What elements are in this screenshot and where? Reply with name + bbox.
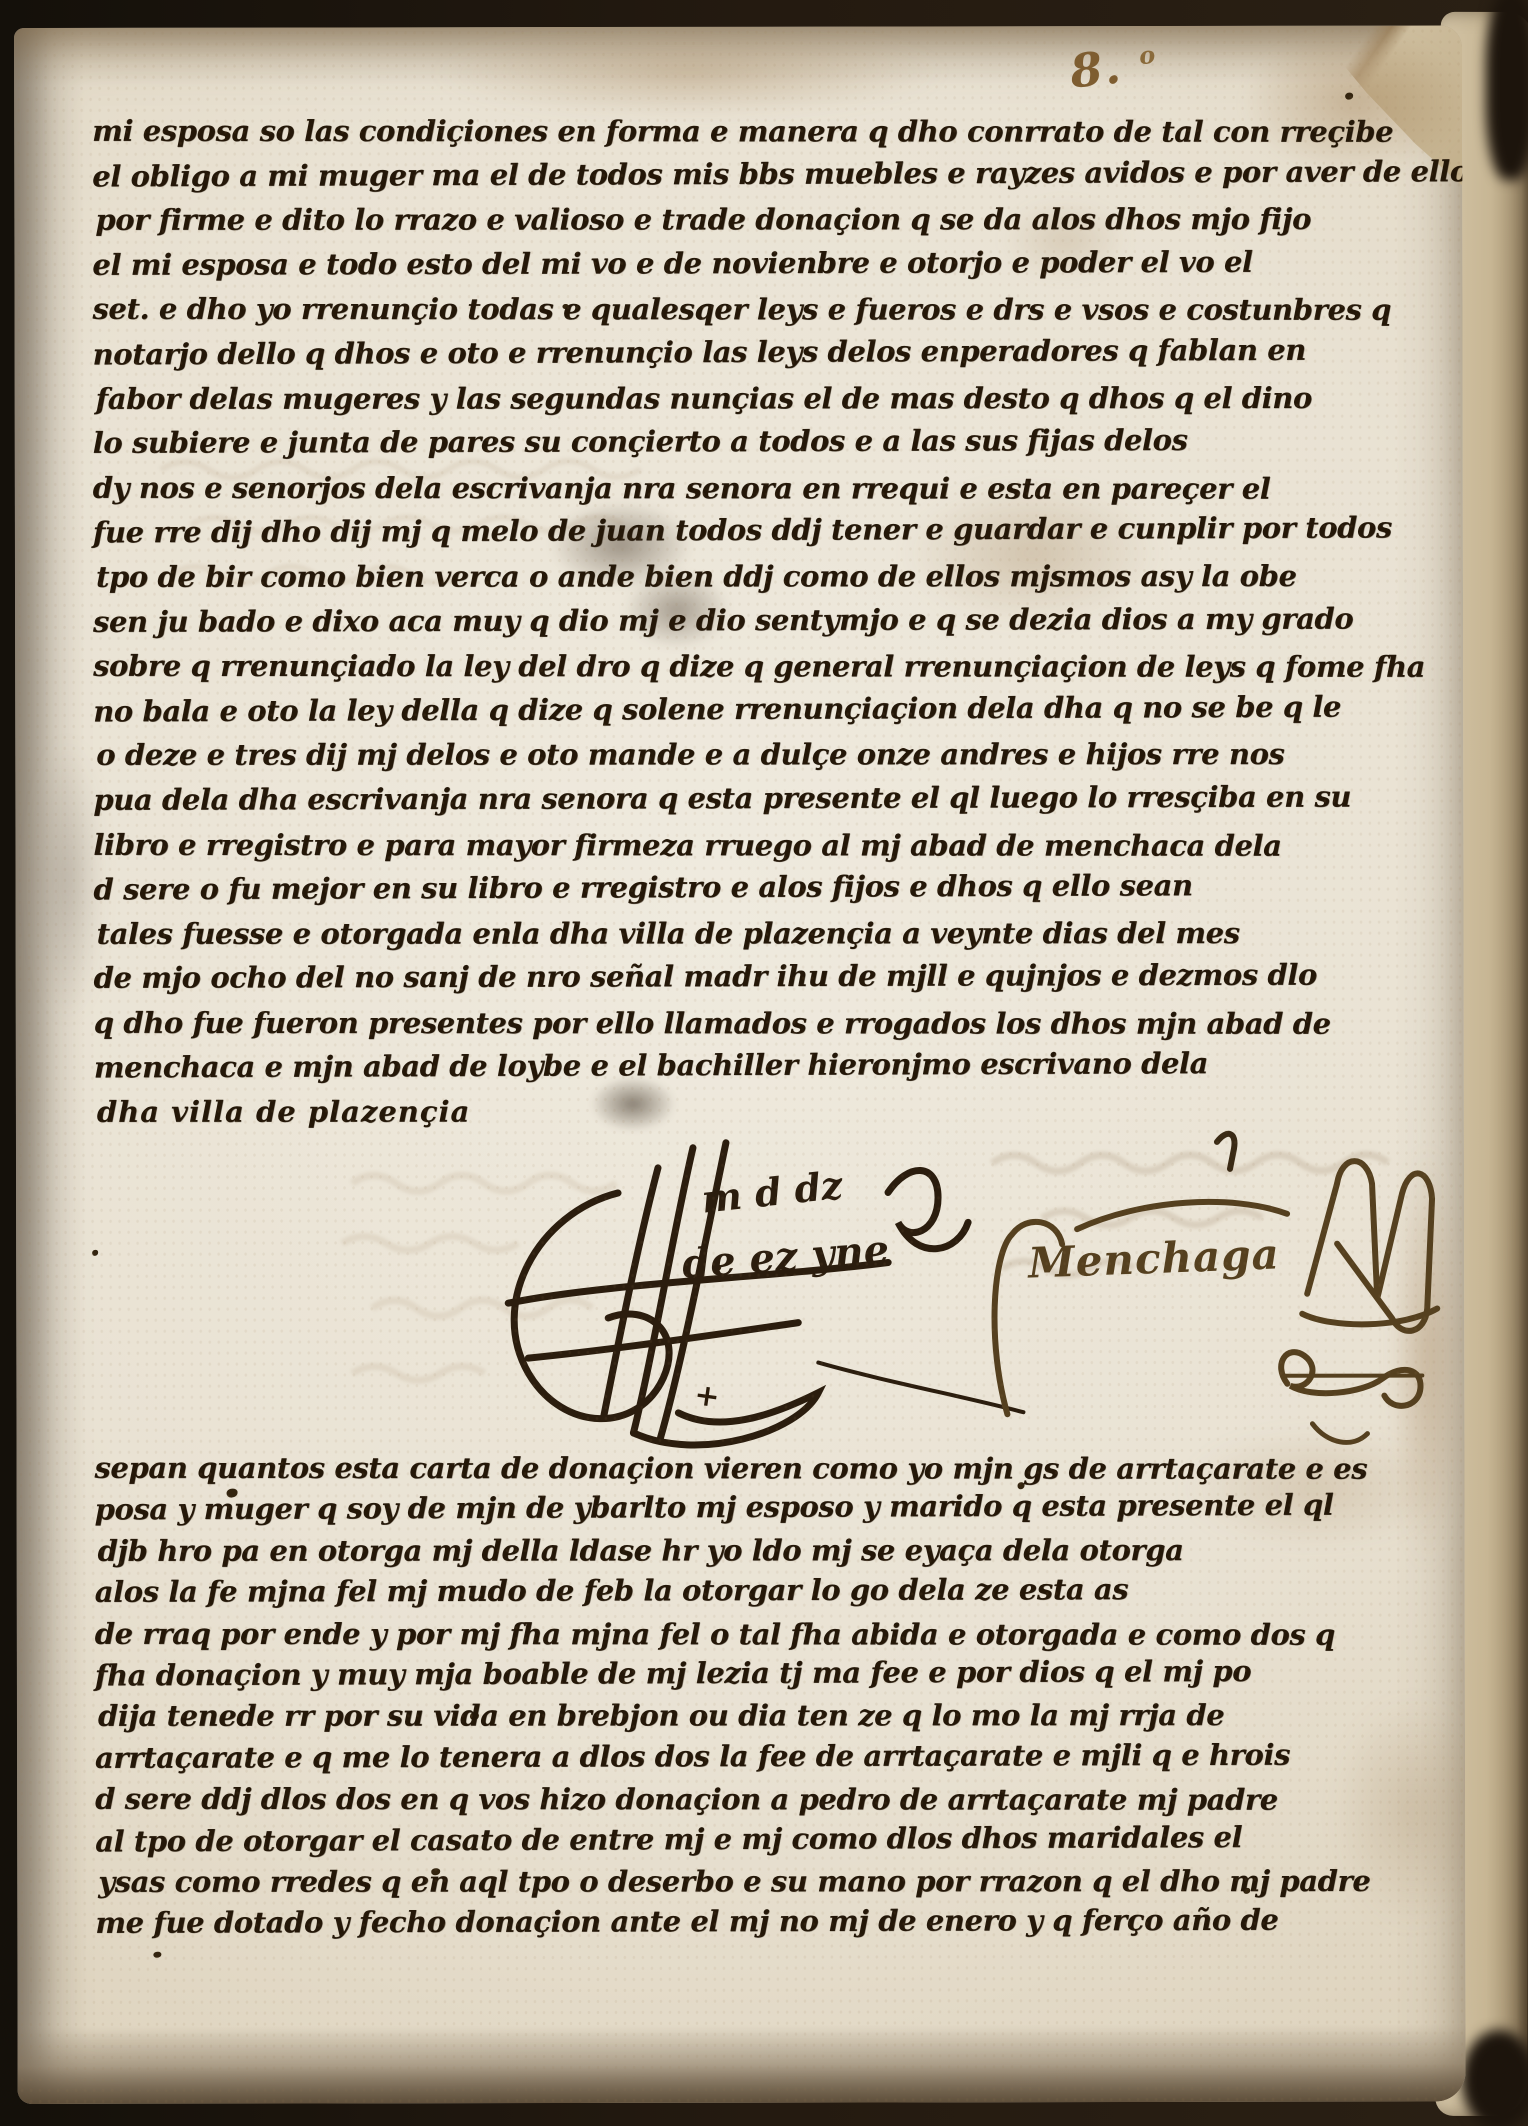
rubric-overline xyxy=(1077,1202,1287,1229)
rubric-knot xyxy=(1307,1161,1432,1331)
folio-number-text: 8. xyxy=(1067,39,1124,98)
manuscript-line: me fue dotado y fecho donaçion ante el m… xyxy=(95,1900,1465,1945)
manuscript-line: sepan quantos esta carta de donaçion vie… xyxy=(94,1448,1465,1490)
manuscript-line: posa y muger q soy de mjn de ybarlto mj … xyxy=(95,1485,1466,1532)
manuscript-line: por firme e dito lo rrazo e valioso e tr… xyxy=(95,202,1457,248)
manuscript-line: libro e rregistro e para mayor firmeza r… xyxy=(93,827,1455,873)
manuscript-page: 8.o mi esp xyxy=(14,25,1466,2104)
manuscript-line: no bala e oto la ley della q dize q sole… xyxy=(93,689,1455,739)
manuscript-line: menchaca e mjn abad de loybe e el bachil… xyxy=(94,1046,1456,1096)
manuscript-line: el mi esposa e todo esto del mi vo e de … xyxy=(92,244,1454,292)
rubric-knot xyxy=(1302,1309,1437,1325)
text-block-donation: sepan quantos esta carta de donaçion vie… xyxy=(94,1445,1465,1944)
manuscript-line: tales fuesse e otorgada enla dha villa d… xyxy=(97,916,1459,962)
manuscript-line: fabor delas mugeres y las segundas nunçi… xyxy=(96,380,1458,426)
manuscript-line: ysas como rredes q en aql tpo o deserbo … xyxy=(98,1861,1465,1903)
dark-top-right-corner xyxy=(1486,0,1528,180)
gutter-shadow xyxy=(14,28,88,2104)
manuscript-line: o deze e tres dij mj delos e oto mande e… xyxy=(96,737,1458,783)
manuscript-line: el obligo a mi muger ma el de todos mis … xyxy=(92,154,1454,204)
manuscript-line: q dho fue fueron presentes por ello llam… xyxy=(94,1006,1456,1052)
manuscript-line: djb hro pa en otorga mj della ldase hr y… xyxy=(98,1530,1466,1572)
rubric-tail xyxy=(1312,1424,1367,1443)
manuscript-line: pua dela dha escrivanja nra senora q est… xyxy=(93,779,1455,827)
manuscript-line: arrtaçarate e q me lo tenera a dlos dos … xyxy=(95,1734,1466,1779)
manuscript-line: dija tenede rr por su vida en brebjon ou… xyxy=(98,1695,1466,1737)
folio-number: 8.o xyxy=(1067,36,1160,99)
folio-number-superscript: o xyxy=(1137,39,1158,70)
text-block-main: mi esposa so las condiçiones en forma e … xyxy=(92,111,1456,1139)
ink-speck xyxy=(1345,93,1353,100)
manuscript-line: notarjo dello q dhos e oto e rrenunçio l… xyxy=(92,332,1454,382)
manuscript-line: tpo de bir como bien verca o ande bien d… xyxy=(96,559,1458,605)
ink-speck xyxy=(92,1250,98,1256)
manuscript-line: sobre q rrenunçiado la ley del dro q diz… xyxy=(93,649,1455,695)
manuscript-line: de mjo ocho del no sanj de nro señal mad… xyxy=(94,958,1456,1006)
manuscript-line: lo subiere e junta de pares su conçierto… xyxy=(93,422,1455,470)
cross-mark: + xyxy=(692,1377,722,1415)
rubric-flourish xyxy=(888,1170,968,1248)
bottom-edge-grime xyxy=(17,2023,1465,2104)
manuscript-line: d sere o fu mejor en su libro e rregistr… xyxy=(93,867,1455,917)
manuscript-line: sen ju bado e dixo aca muy q dio mj e di… xyxy=(93,601,1455,649)
right-signature-rubric xyxy=(982,1123,1463,1468)
ink-speck xyxy=(153,1952,161,1958)
manuscript-scan: 8.o mi esp xyxy=(0,0,1528,2126)
left-signature-rubric: m d dz de ez yne xyxy=(468,1132,1029,1463)
rubric-stroke xyxy=(633,1148,693,1433)
rubric-bracket xyxy=(994,1222,1062,1414)
manuscript-line: dy nos e senorjos dela escrivanja nra se… xyxy=(93,471,1455,517)
manuscript-line: mi esposa so las condiçiones en forma e … xyxy=(92,114,1454,160)
manuscript-line: set. e dho yo rrenunçio todas e qualesqe… xyxy=(92,292,1454,338)
left-signature-fragment: de ez yne xyxy=(681,1226,891,1288)
rubric-mark xyxy=(1217,1134,1235,1169)
top-edge-grime xyxy=(14,25,1462,86)
manuscript-line: d sere ddj dlos dos en q vos hizo donaçi… xyxy=(95,1779,1466,1821)
dark-bottom-right-corner xyxy=(1462,2030,1528,2126)
manuscript-line: fue rre dij dho dij mj q melo de juan to… xyxy=(93,511,1455,561)
manuscript-line: al tpo de otorgar el casato de entre mj … xyxy=(95,1816,1466,1863)
manuscript-line: fha donaçion y muy mja boable de mj lezi… xyxy=(95,1650,1466,1697)
manuscript-line: alos la fe mjna fel mj mudo de feb la ot… xyxy=(95,1568,1466,1613)
rubric-loops xyxy=(1281,1352,1420,1406)
rubric-stroke xyxy=(603,1168,658,1418)
manuscript-line: de rraq por ende y por mj fha mjna fel o… xyxy=(95,1613,1466,1655)
